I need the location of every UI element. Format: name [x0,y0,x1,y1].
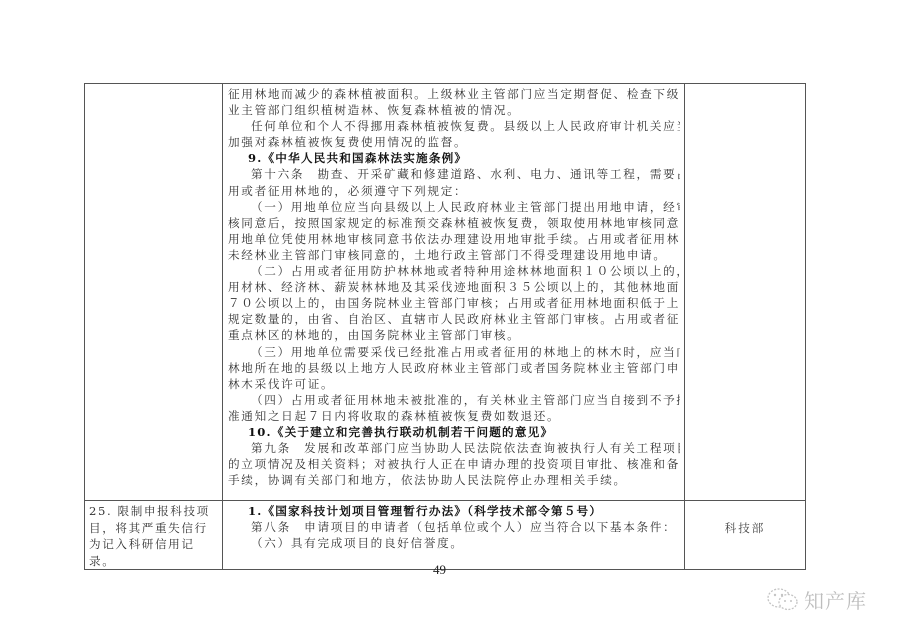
measure-cell: 25. 限制申报科技项目，将其严重失信行为记入科研信用记录。 [85,501,223,570]
wechat-icon [766,587,800,613]
text-line: 用地单位凭使用林地审核同意书依法办理建设用地审批手续。占用或者征用林地 [228,231,680,247]
law-title: 10.《关于建立和完善执行联动机制若干问题的意见》 [228,424,680,440]
measure-cell [85,84,223,501]
text-line: 林地所在地的县级以上地方人民政府林业主管部门或者国务院林业主管部门申请 [228,360,680,376]
text-line: 第八条 申请项目的申请者（包括单位或个人）应当符合以下基本条件： [228,519,680,535]
department-cell [685,84,806,501]
text-line: 任何单位和个人不得挪用森林植被恢复费。县级以上人民政府审计机关应当 [228,118,680,134]
department-text: 科技部 [685,501,805,536]
text-line: ７０公顷以上的，由国务院林业主管部门审核；占用或者征用林地面积低于上述 [228,295,680,311]
legal-basis-text: 1.《国家科技计划项目管理暂行办法》（科学技术部令第５号）第八条 申请项目的申请… [223,501,684,551]
text-line: 用材林、经济林、薪炭林林地及其采伐迹地面积３５公顷以上的，其他林地面积 [228,279,680,295]
text-line: 加强对森林植被恢复费使用情况的监督。 [228,134,680,150]
law-title: 9.《中华人民共和国森林法实施条例》 [228,150,680,166]
text-line: 林木采伐许可证。 [228,376,680,392]
text-line: 用或者征用林地的，必须遵守下列规定： [228,183,680,199]
page-number: 49 [433,562,446,578]
department-text [685,84,805,103]
measures-table: 征用林地而减少的森林植被面积。上级林业主管部门应当定期督促、检查下级林业主管部门… [84,83,806,570]
legal-basis-cell: 征用林地而减少的森林植被面积。上级林业主管部门应当定期督促、检查下级林业主管部门… [223,84,685,501]
text-line: （四）占用或者征用林地未被批准的，有关林业主管部门应当自接到不予批 [228,392,680,408]
text-line: （三）用地单位需要采伐已经批准占用或者征用的林地上的林木时，应当向 [228,344,680,360]
text-line: （二）占用或者征用防护林林地或者特种用途林林地面积１０公顷以上的， [228,263,680,279]
table-row: 征用林地而减少的森林植被面积。上级林业主管部门应当定期督促、检查下级林业主管部门… [85,84,806,501]
law-title: 1.《国家科技计划项目管理暂行办法》（科学技术部令第５号） [228,503,680,519]
legal-basis-text: 征用林地而减少的森林植被面积。上级林业主管部门应当定期督促、检查下级林业主管部门… [223,84,684,488]
department-cell: 科技部 [685,501,806,570]
measure-text: 25. 限制申报科技项目，将其严重失信行为记入科研信用记录。 [85,501,222,569]
text-line: 未经林业主管部门审核同意的，土地行政主管部门不得受理建设用地申请。 [228,247,680,263]
text-line: 第十六条 勘查、开采矿藏和修建道路、水利、电力、通讯等工程，需要占 [228,166,680,182]
text-line: （一）用地单位应当向县级以上人民政府林业主管部门提出用地申请，经审 [228,199,680,215]
measure-text [85,84,222,86]
text-line: 规定数量的，由省、自治区、直辖市人民政府林业主管部门审核。占用或者征用 [228,311,680,327]
text-line: 征用林地而减少的森林植被面积。上级林业主管部门应当定期督促、检查下级林 [228,86,680,102]
text-line: （六）具有完成项目的良好信誉度。 [228,535,680,551]
text-line: 业主管部门组织植树造林、恢复森林植被的情况。 [228,102,680,118]
table-row: 25. 限制申报科技项目，将其严重失信行为记入科研信用记录。 1.《国家科技计划… [85,501,806,570]
legal-basis-cell: 1.《国家科技计划项目管理暂行办法》（科学技术部令第５号）第八条 申请项目的申请… [223,501,685,570]
text-line: 的立项情况及相关资料；对被执行人正在申请办理的投资项目审批、核准和备案 [228,456,680,472]
text-line: 重点林区的林地的，由国务院林业主管部门审核。 [228,327,680,343]
text-line: 手续，协调有关部门和地方，依法协助人民法院停止办理相关手续。 [228,472,680,488]
text-line: 准通知之日起７日内将收取的森林植被恢复费如数退还。 [228,408,680,424]
document-page: 征用林地而减少的森林植被面积。上级林业主管部门应当定期督促、检查下级林业主管部门… [0,0,900,636]
text-line: 核同意后，按照国家规定的标准预交森林植被恢复费，领取使用林地审核同意书。 [228,215,680,231]
watermark: 知产库 [766,585,867,614]
watermark-text: 知产库 [804,585,867,614]
text-line: 第九条 发展和改革部门应当协助人民法院依法查询被执行人有关工程项目 [228,440,680,456]
